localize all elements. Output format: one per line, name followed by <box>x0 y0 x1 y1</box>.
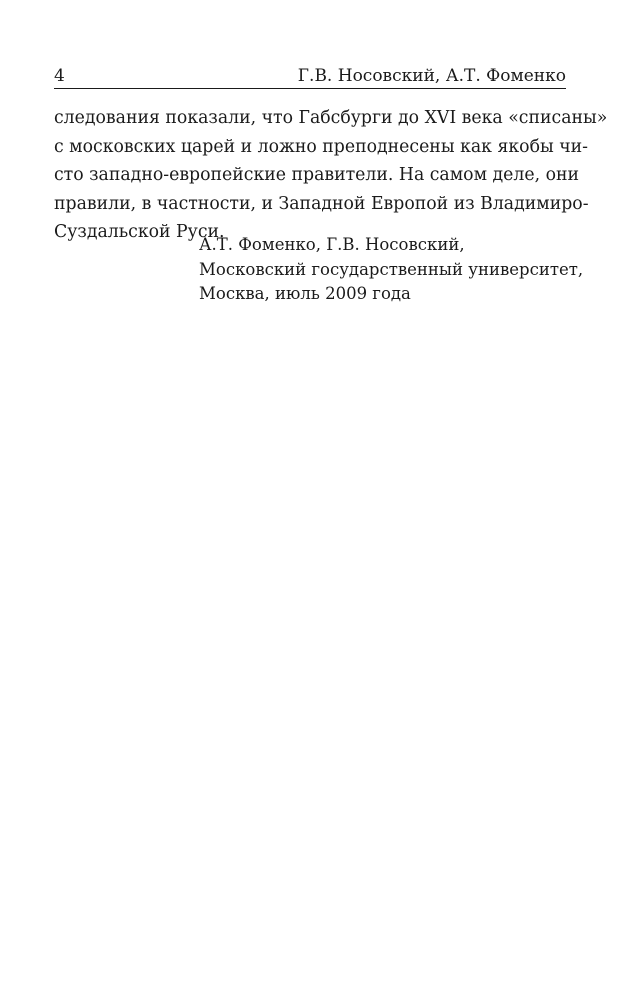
signature-authors: А.Т. Фоменко, Г.В. Носовский, <box>199 233 583 258</box>
running-header: 4 Г.В. Носовский, А.Т. Фоменко <box>54 66 566 89</box>
body-line: сто западно-европейские правители. На са… <box>54 161 566 190</box>
signature-block: А.Т. Фоменко, Г.В. Носовский, Московский… <box>199 233 583 307</box>
signature-place-date: Москва, июль 2009 года <box>199 282 583 307</box>
page-number: 4 <box>54 66 65 86</box>
signature-affiliation: Московский государственный университет, <box>199 258 583 283</box>
body-line: следования показали, что Габсбурги до XV… <box>54 104 566 133</box>
header-authors: Г.В. Носовский, А.Т. Фоменко <box>298 66 566 86</box>
body-line: с московских царей и ложно преподнесены … <box>54 133 566 162</box>
body-line: правили, в частности, и Западной Европой… <box>54 190 566 219</box>
body-paragraph: следования показали, что Габсбурги до XV… <box>54 104 566 247</box>
book-page: 4 Г.В. Носовский, А.Т. Фоменко следовани… <box>0 0 620 1000</box>
